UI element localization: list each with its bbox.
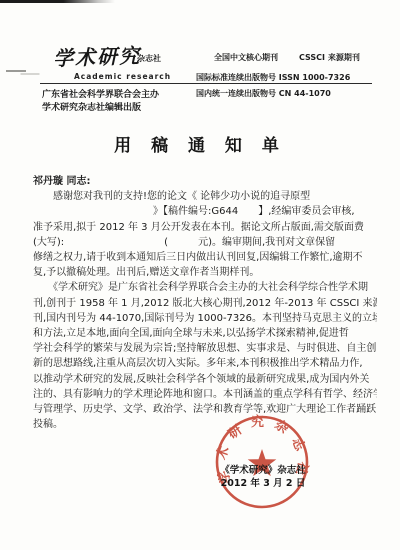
body-line: 刊,国内刊号为 44-1070,国际刊号为 1000-7326。本刊坚持马克思主… [33,311,377,326]
body-line: 以推动学术研究的发展,反映社会科学各个领域的最新研究成果,成为国内外关 [33,372,377,387]
body-line: 刊,创刊于 1958 年 1 月,2012 版北大核心期刊,2012 年-201… [33,296,377,311]
body-line: 注的、具有影响力的学术理论阵地和窗口。本刊涵盖的重点学科有哲学、经济学 [33,387,377,402]
body-line: 投稿。 [33,417,377,432]
cn-number: 国内统一连续出版物号 CN 44-1070 [196,88,331,99]
body-line: 感谢您对我刊的支持!您的论文《 论韩少功小说的追寻原型 [33,189,377,204]
body-line: 修缮之权力,请于收到本通知后三日内做出认刊回复,因编辑工作繁忙,逾期不 [33,250,377,265]
body-line: 复,予以撤稿处理。出刊后,赠送文章作者当期样刊。 [33,265,377,280]
body-line: 学社会科学的繁荣与发展为宗旨;坚持解放思想、实事求是、与时俱进、自主创 [33,341,377,356]
seal-graphic: 学术研究杂志社 [207,407,317,517]
body-line: 新的思想路线,注重从高层次切入实际。多年来,本刊积极推出学术精品力作, [33,356,377,371]
header-divider [40,83,372,84]
journal-logo: 学术研究 [53,39,142,71]
organizer-line-1: 广东省社会科学界联合会主办 [42,87,159,100]
journal-logo-suffix: 杂志社 [137,53,161,64]
journal-logo-english: Academic research [74,72,171,81]
official-seal: 学术研究杂志社 [207,407,317,517]
scan-artifact-top [0,0,115,3]
body-line-fee-blank: (大写): ( 元)。编审期间,我刊对文章保留 [33,235,377,250]
body-line: 准予采用,拟于 2012 年 3 月公开发表在本刊。据论文所占版面,需交版面费 [33,220,377,235]
signature-date: 2012 年 3 月 2 日 [203,477,323,490]
document-title: 用 稿 通 知 单 [0,131,400,156]
body-line: 与管理学、历史学、文学、政治学、法学和教育学等,欢迎广大理论工作者踊跃 [33,402,377,417]
core-journal-badge: 全国中文核心期刊 [214,52,278,63]
issn-number: 国际标准连续出版物号 ISSN 1000-7326 [196,72,350,83]
body-line: 《学术研究》是广东省社会科学界联合会主办的大社会科学综合性学术期 [33,280,377,295]
body-line-manuscript-id: 》【稿件编号:G644 】,经编审委员会审核, [33,204,377,219]
signature-block: 《学术研究》杂志社 2012 年 3 月 2 日 [203,464,323,490]
scan-artifact-dash [6,70,26,72]
notice-body: 祁丹璇 同志: 感谢您对我刊的支持!您的论文《 论韩少功小说的追寻原型 》【稿件… [33,174,377,432]
body-line: 和方法,立足本地,面向全国,面向全球与未来,以弘扬学术探索精神,促进哲 [33,326,377,341]
cssci-badge: CSSCI 来源期刊 [299,52,360,63]
notice-document: 学术研究 杂志社 Academic research 全国中文核心期刊 CSSC… [0,0,400,550]
organizer-line-2: 学术研究杂志社编辑出版 [42,100,141,113]
signature-org: 《学术研究》杂志社 [203,464,323,477]
salutation: 祁丹璇 同志: [33,174,377,189]
